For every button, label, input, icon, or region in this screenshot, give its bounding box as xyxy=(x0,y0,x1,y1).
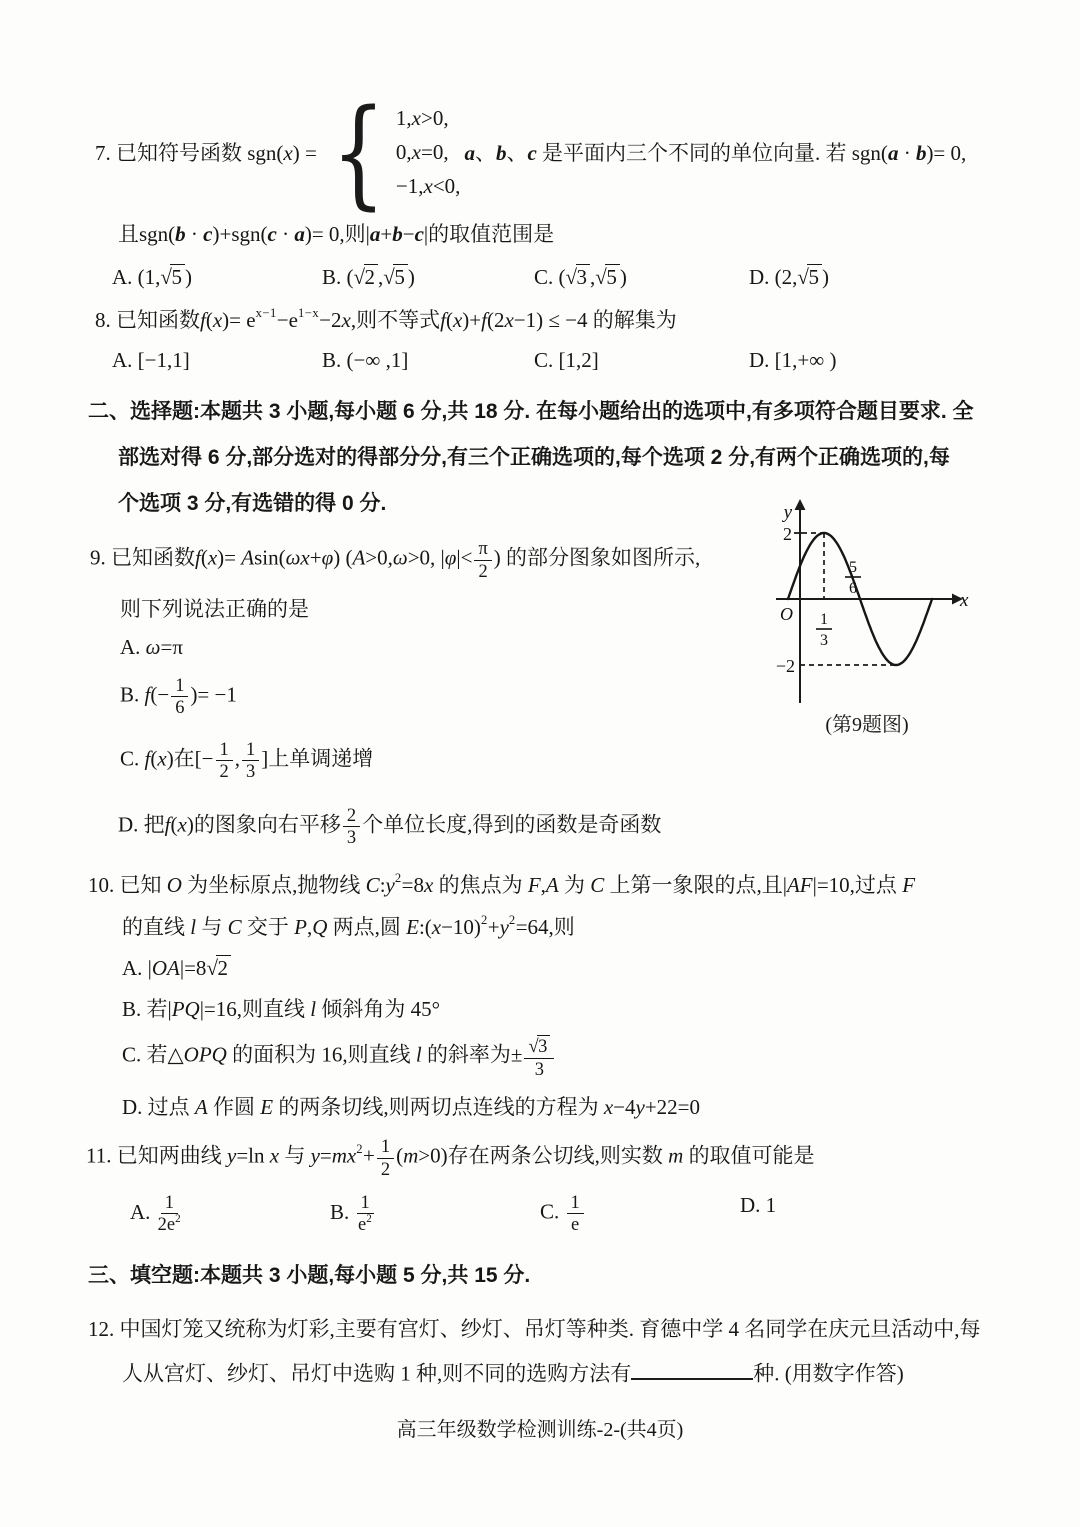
q7-case-3: −1,x<0, xyxy=(396,174,461,198)
q12-stem-line2: 人从宫灯、纱灯、吊灯中选购 1 种,则不同的选购方法有种. (用数字作答) xyxy=(122,1357,1080,1387)
left-brace: { xyxy=(331,96,385,208)
zero-x-numerator: 5 xyxy=(849,559,857,576)
peak-x-denominator: 3 xyxy=(820,632,828,649)
ymin-label: −2 xyxy=(776,656,795,676)
zero-x-denominator: 6 xyxy=(849,580,857,597)
section3-header: 三、填空题:本题共 3 小题,每小题 5 分,共 15 分. xyxy=(88,1253,1080,1299)
origin-label: O xyxy=(780,604,793,624)
q8-options: A. [−1,1] B. (−∞ ,1] C. [1,2] D. [1,+∞ ) xyxy=(112,348,1080,373)
ymax-label: 2 xyxy=(783,524,792,544)
q7-option-d: D. (2,√5) xyxy=(749,264,1080,290)
page-footer: 高三年级数学检测训练-2-(共4页) xyxy=(0,1413,1080,1442)
q7-lead: 7. 已知符号函数 sgn(x) = xyxy=(95,137,317,167)
x-axis-label: x xyxy=(959,590,969,611)
peak-x-numerator: 1 xyxy=(820,611,828,628)
q8-option-c: C. [1,2] xyxy=(534,348,749,373)
q11-option-d: D. 1 xyxy=(740,1193,1080,1235)
q7-option-b: B. (√2,√5) xyxy=(322,264,534,290)
q10-stem-line2: 的直线 l 与 C 交于 P,Q 两点,圆 E:(x−10)2+y2=64,则 xyxy=(122,911,1080,941)
q9-figure: y x O 2 −2 1 3 5 6 (第9题图) xyxy=(760,496,974,737)
q11-stem: 11. 已知两曲线 y=ln x 与 y=mx2+12(m>0)存在两条公切线,… xyxy=(86,1137,1080,1179)
q7-case-2: 0,x=0, xyxy=(396,140,461,164)
q7-stem: 7. 已知符号函数 sgn(x) = { 1,x>0, 0,x=0, −1,x<… xyxy=(95,96,1080,208)
y-axis-arrow xyxy=(795,499,806,510)
q7-tail: a、b、c 是平面内三个不同的单位向量. 若 sgn(a · b)= 0, xyxy=(464,137,966,167)
section2-line1: 二、选择题:本题共 3 小题,每小题 6 分,共 18 分. 在每小题给出的选项… xyxy=(88,389,1080,435)
q7-case-1: 1,x>0, xyxy=(396,106,461,130)
q7-options: A. (1,√5) B. (√2,√5) C. (√3,√5) D. (2,√5… xyxy=(112,264,1080,290)
q10-option-a: A. |OA|=8√2 xyxy=(122,955,1080,981)
q10-option-b: B. 若|PQ|=16,则直线 l 倾斜角为 45° xyxy=(122,993,1080,1023)
q9-sine-graph: y x O 2 −2 1 3 5 6 xyxy=(762,496,972,708)
q10-option-c: C. 若△OPQ 的面积为 16,则直线 l 的斜率为±√33 xyxy=(122,1035,1080,1079)
q11-option-a: A. 12e2 xyxy=(130,1193,330,1235)
q10-option-d: D. 过点 A 作圆 E 的两条切线,则两切点连线的方程为 x−4y+22=0 xyxy=(122,1091,1080,1121)
q8-option-b: B. (−∞ ,1] xyxy=(322,348,534,373)
y-axis-label: y xyxy=(782,502,793,523)
q9-option-c: C. f(x)在[−12,13]上单调递增 xyxy=(120,740,1080,782)
q7-piecewise-cases: 1,x>0, 0,x=0, −1,x<0, xyxy=(396,106,461,198)
q7-option-a: A. (1,√5) xyxy=(112,264,322,290)
q7-stem-line2: 且sgn(b · c)+sgn(c · a)= 0,则|a+b−c|的取值范围是 xyxy=(118,218,1080,248)
q11-options: A. 12e2 B. 1e2 C. 1e D. 1 xyxy=(130,1193,1080,1235)
q11-option-c: C. 1e xyxy=(540,1193,740,1235)
q10-stem: 10. 已知 O 为坐标原点,抛物线 C:y2=8x 的焦点为 F,A 为 C … xyxy=(88,869,1080,899)
q12-stem: 12. 中国灯笼又统称为灯彩,主要有宫灯、纱灯、吊灯等种类. 育德中学 4 名同… xyxy=(88,1313,1080,1343)
exam-page: 7. 已知符号函数 sgn(x) = { 1,x>0, 0,x=0, −1,x<… xyxy=(0,0,1080,1527)
q9-figure-caption: (第9题图) xyxy=(760,708,974,737)
q9-option-d: D. 把f(x)的图象向右平移23个单位长度,得到的函数是奇函数 xyxy=(118,806,1080,848)
q11-option-b: B. 1e2 xyxy=(330,1193,540,1235)
q8-stem: 8. 已知函数f(x)= ex−1−e1−x−2x,则不等式f(x)+f(2x−… xyxy=(95,304,1080,334)
q8-option-d: D. [1,+∞ ) xyxy=(749,348,1080,373)
section2-line2: 部选对得 6 分,部分选对的得部分分,有三个正确选项的,每个选项 2 分,有两个… xyxy=(88,435,1080,481)
q7-option-c: C. (√3,√5) xyxy=(534,264,749,290)
q8-option-a: A. [−1,1] xyxy=(112,348,322,373)
